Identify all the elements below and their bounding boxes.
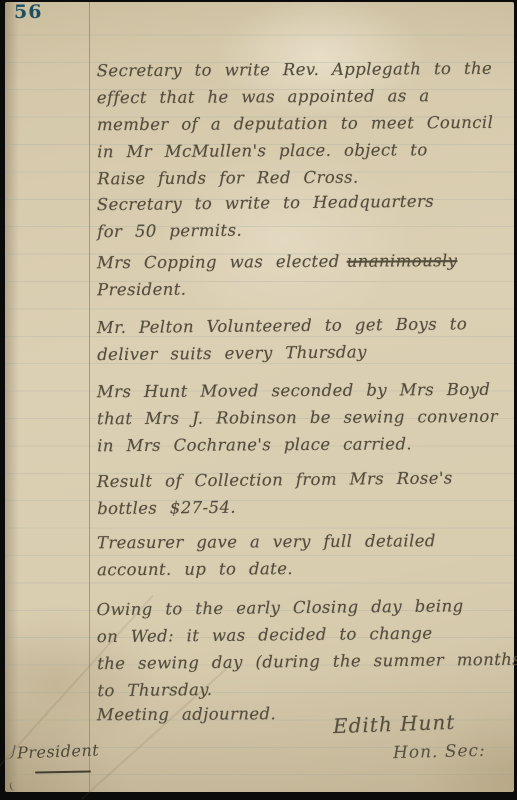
handwriting-line: Mr. Pelton Volunteered to get Boys to: [97, 310, 513, 341]
handwriting-line: Owing to the early Closing day being: [96, 592, 512, 623]
minute-entry: Secretary to write Rev. Applegath to the…: [97, 55, 514, 193]
scanned-minute-book-photo: { "page": { "number": "56" }, "entries":…: [0, 0, 517, 800]
handwriting-line: Secretary to write Rev. Applegath to the: [97, 55, 513, 85]
handwriting-line: in Mr McMullen's place. object to: [97, 136, 513, 166]
handwriting-line: member of a deputation to meet Council: [97, 109, 513, 139]
margin-note-underline: [35, 771, 91, 774]
handwriting-line: account. up to date.: [97, 554, 513, 584]
handwriting-line: the sewing day (during the summer months: [97, 646, 513, 677]
signature-title: Hon. Sec:: [393, 741, 486, 763]
minute-entry: Treasurer gave a very full detailed acco…: [97, 527, 513, 584]
handwriting-line: for 50 permits.: [97, 214, 513, 245]
minute-entry: Owing to the early Closing day being on …: [96, 592, 513, 704]
page-number: 56: [14, 1, 42, 23]
handwriting-line: President.: [97, 274, 513, 304]
minute-entry: Secretary to write to Headquarters for 5…: [97, 187, 514, 245]
stray-pen-mark: [5, 743, 15, 760]
struck-word: unanimously: [347, 251, 458, 271]
red-margin-line: [89, 2, 90, 792]
handwriting-line: that Mrs J. Robinson be sewing convenor: [97, 403, 513, 433]
minute-entry: Result of Collection from Mrs Rose's bot…: [97, 464, 514, 522]
minute-book-page: 56 Secretary to write Rev. Applegath to …: [5, 2, 514, 792]
handwriting-line: in Mrs Cochrane's place carried.: [97, 430, 513, 460]
handwriting-line: Mrs Copping was electedunanimously: [97, 247, 513, 277]
signature-name: Edith Hunt: [333, 710, 456, 738]
handwriting-line: deliver suits every Thursday: [97, 337, 513, 368]
handwriting-line: effect that he was appointed as a: [97, 82, 513, 112]
minute-entry: Mrs Copping was electedunanimously Presi…: [97, 247, 513, 304]
minute-entry: Mr. Pelton Volunteered to get Boys to de…: [97, 310, 514, 368]
stray-pen-mark: [9, 782, 16, 792]
handwriting-line: bottles $27-54.: [97, 491, 513, 522]
minute-entry: Mrs Hunt Moved seconded by Mrs Boyd that…: [97, 376, 513, 460]
handwriting-line: Treasurer gave a very full detailed: [97, 527, 513, 557]
handwriting-line: Result of Collection from Mrs Rose's: [97, 464, 513, 495]
margin-note-president: President: [17, 741, 100, 763]
handwriting-line: Mrs Hunt Moved seconded by Mrs Boyd: [97, 376, 513, 406]
